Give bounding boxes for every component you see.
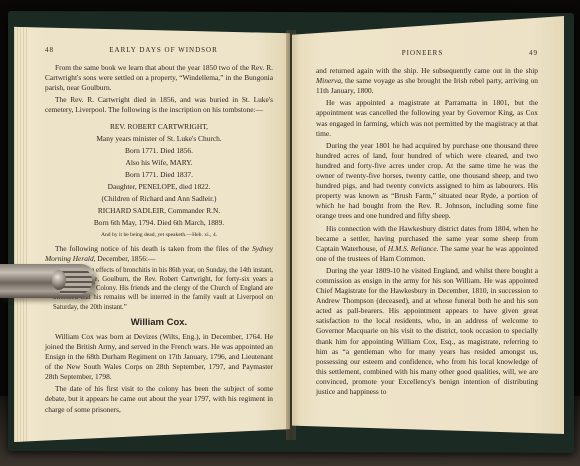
epitaph-line: Daughter, PENELOPE, died 1822.	[45, 181, 273, 193]
epitaph-line: RICHARD SADLEIR, Commander R.N.	[45, 205, 273, 217]
paragraph: The date of his first visit to the colon…	[45, 384, 273, 414]
text: , the same voyage as she brought the Iri…	[316, 76, 538, 95]
left-running-head: 48 EARLY DAYS OF WINDSOR	[45, 45, 273, 55]
page-number-right: 49	[529, 48, 538, 58]
epitaph-line: Born 1771. Died 1837.	[45, 169, 273, 181]
page-number-left: 48	[45, 45, 54, 55]
ship-name: Minerva	[316, 76, 341, 85]
epitaph-verse: And by it he being dead, yet speaketh.—H…	[45, 229, 273, 241]
section-heading: William Cox.	[45, 318, 273, 328]
epitaph-line: (Children of Richard and Ann Sadleir.)	[45, 193, 273, 205]
epitaph-line: Many years minister of St. Luke's Church…	[45, 133, 273, 145]
epitaph-line: REV. ROBERT CARTWRIGHT,	[45, 121, 273, 133]
running-head-title: PIONEERS	[316, 48, 529, 58]
left-page-text: 48 EARLY DAYS OF WINDSOR From the same b…	[45, 45, 273, 417]
paragraph: His connection with the Hawkesbury distr…	[316, 224, 538, 264]
tombstone-inscription: REV. ROBERT CARTWRIGHT, Many years minis…	[45, 121, 273, 241]
page-clip-ball	[52, 270, 66, 290]
paragraph: The following notice of his death is tak…	[45, 244, 273, 264]
right-running-head: PIONEERS 49	[316, 48, 538, 58]
epitaph-line: Born 1771. Died 1856.	[45, 145, 273, 157]
left-page: 48 EARLY DAYS OF WINDSOR From the same b…	[14, 14, 290, 442]
text: and returned again with the ship. He sub…	[316, 66, 538, 75]
paragraph: During the year 1801 he had acquired by …	[316, 141, 538, 222]
paragraph: The Rev. R. Cartwright died in 1856, and…	[45, 95, 273, 115]
running-head-title: EARLY DAYS OF WINDSOR	[54, 45, 273, 55]
paragraph: and returned again with the ship. He sub…	[316, 66, 538, 96]
paragraph: He was appointed a magistrate at Parrama…	[316, 98, 538, 138]
text: , December, 1856:—	[94, 254, 156, 263]
text: The following notice of his death is tak…	[55, 244, 252, 253]
paragraph: From the same book we learn that about t…	[45, 63, 273, 93]
paragraph: During the year 1809-10 he visited Engla…	[316, 266, 538, 397]
epitaph-line: Also his Wife, MARY.	[45, 157, 273, 169]
page-edges	[14, 14, 28, 442]
right-page: PIONEERS 49 and returned again with the …	[292, 16, 564, 434]
paragraph: William Cox was born at Devizes (Wilts, …	[45, 332, 273, 382]
book-photo: 48 EARLY DAYS OF WINDSOR From the same b…	[0, 0, 580, 466]
epitaph-line: Born 6th May, 1794. Died 6th March, 1889…	[45, 217, 273, 229]
right-page-text: PIONEERS 49 and returned again with the …	[316, 48, 538, 399]
ship-name: H.M.S. Reliance	[388, 244, 437, 253]
